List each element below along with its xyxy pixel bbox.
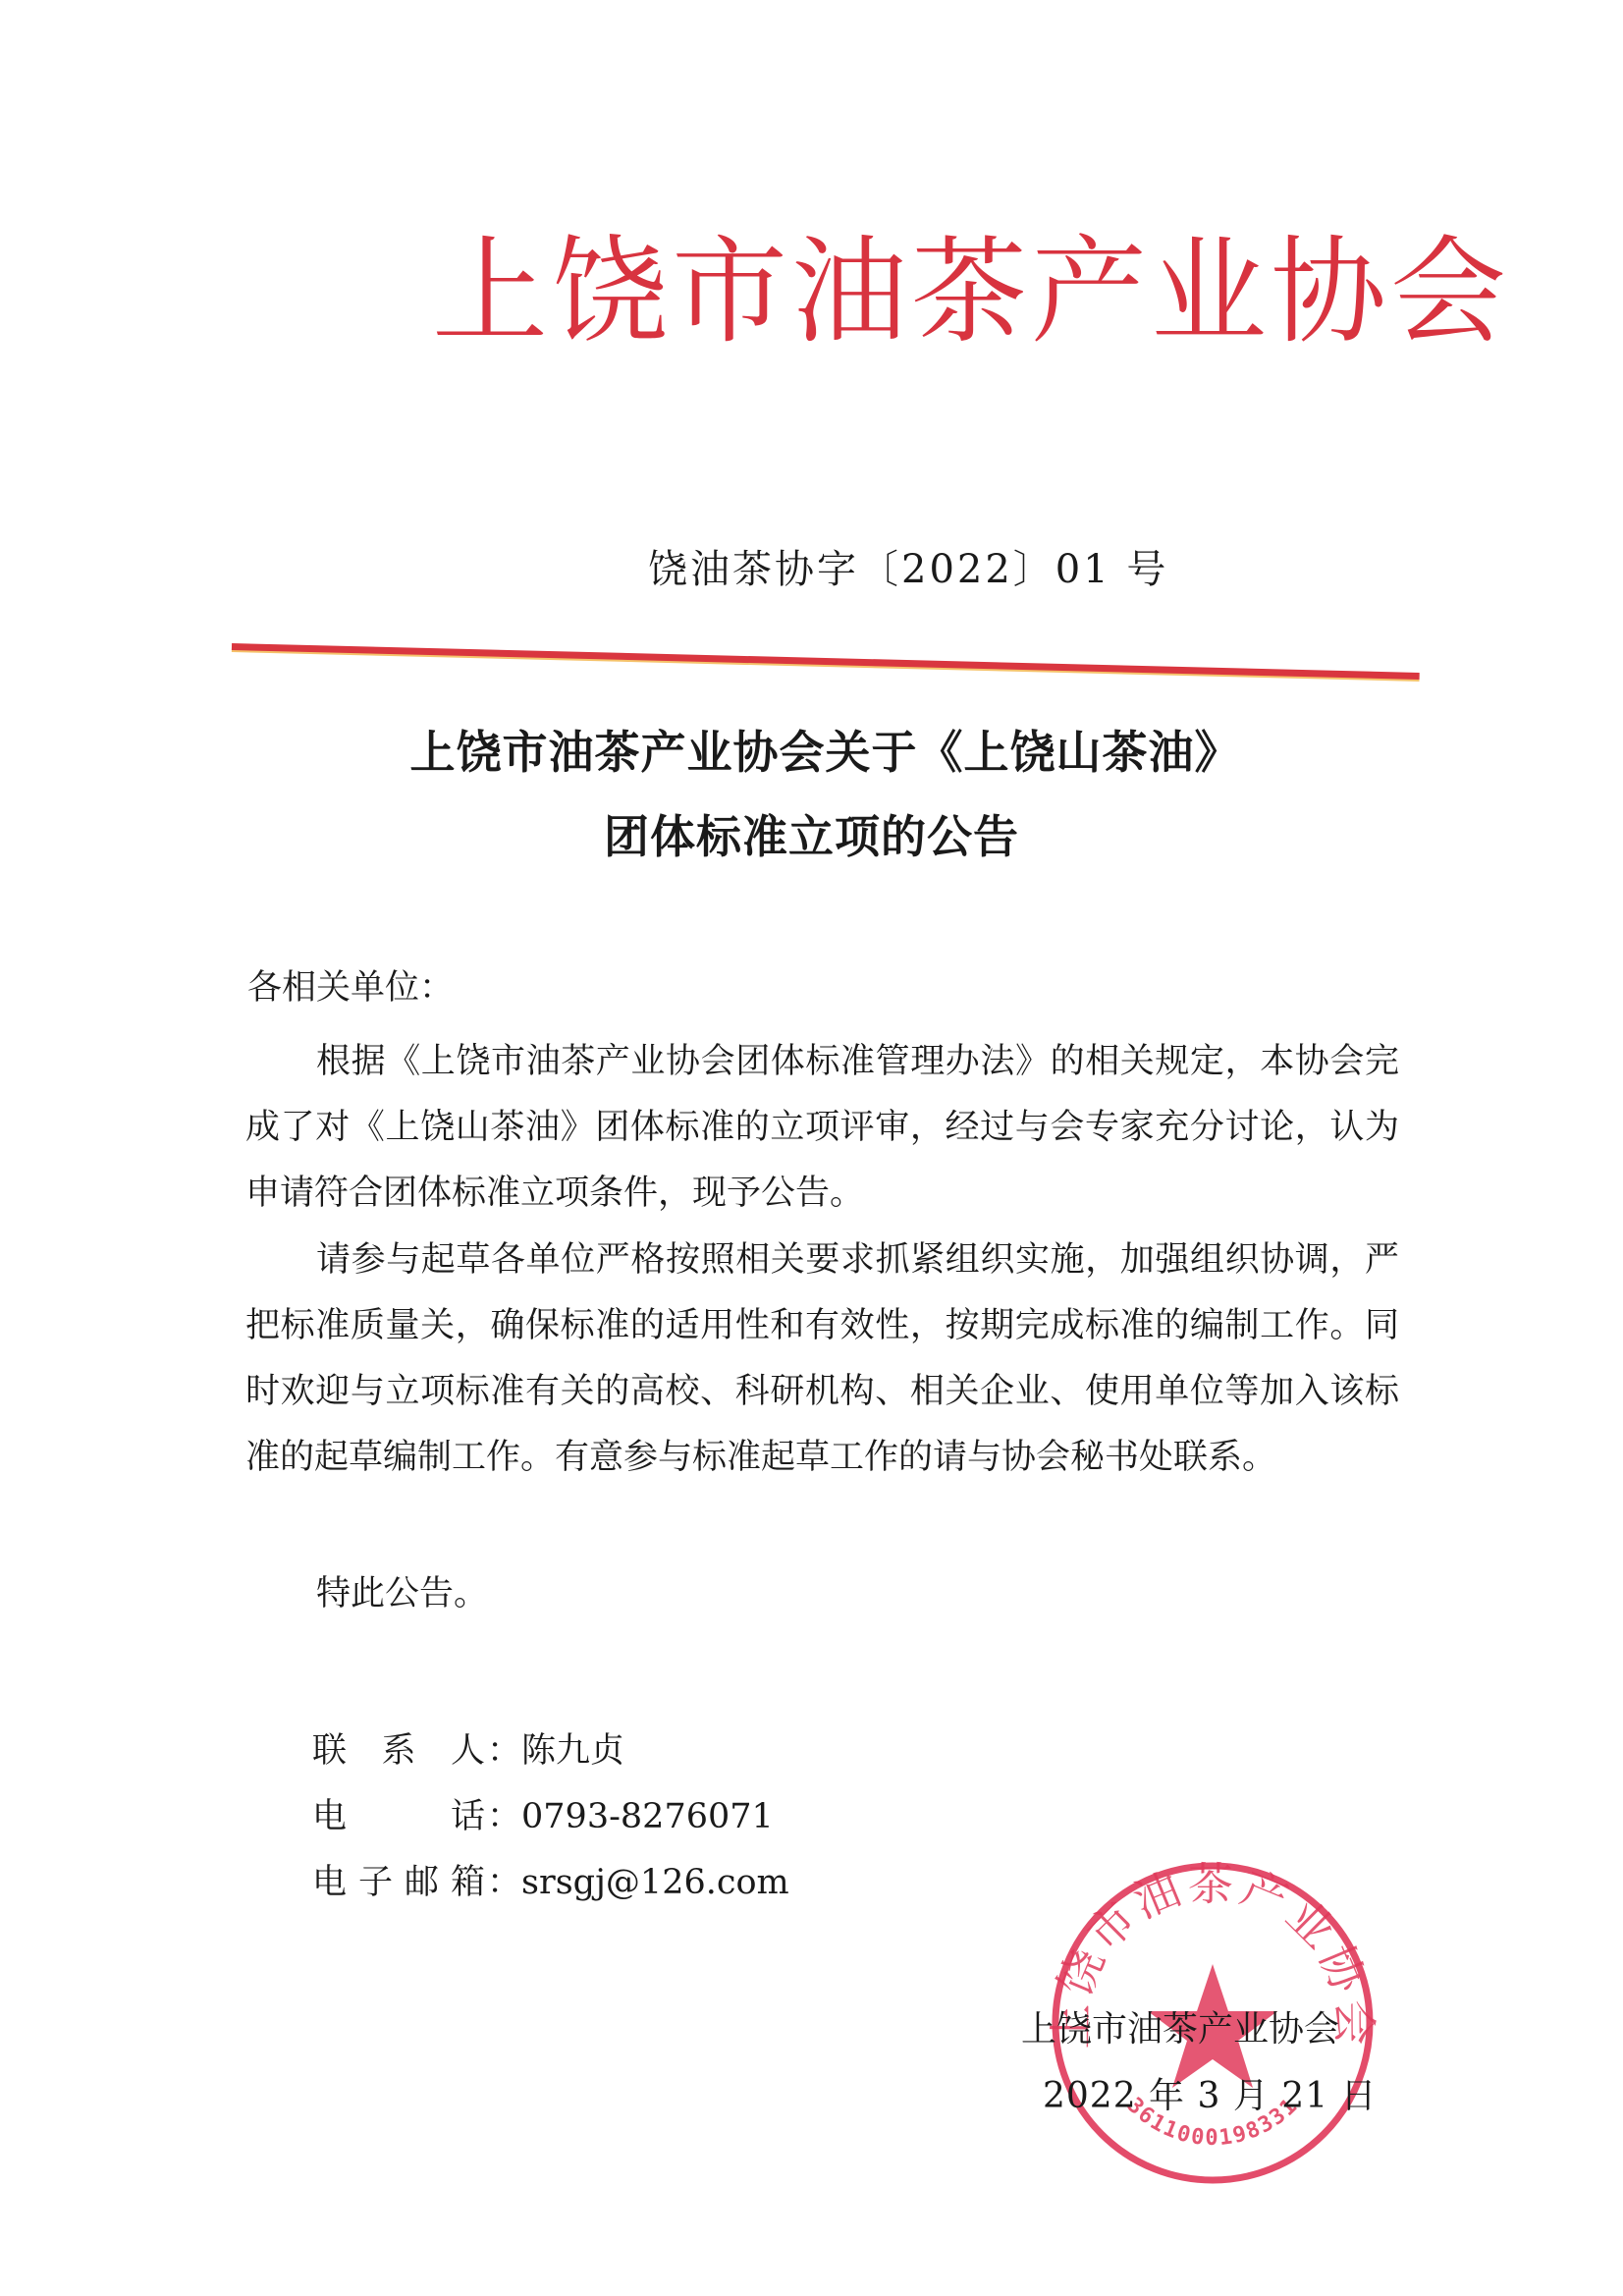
paragraph-text: 特此公告。 [245, 1561, 1399, 1627]
contact-email-row: 电子邮箱：srsgj@126.com [312, 1855, 789, 1904]
contact-phone-row: 电话：0793-8276071 [312, 1789, 774, 1838]
signature-organization: 上饶市油茶产业协会 [1021, 2001, 1339, 2051]
separator: ： [487, 1863, 521, 1902]
contact-phone-value[interactable]: 0793-8276071 [521, 1797, 774, 1836]
contact-email-value[interactable]: srsgj@126.com [521, 1863, 789, 1902]
letterhead-organization: 上饶市油茶产业协会 [432, 234, 1510, 350]
contact-phone-label: 电话 [312, 1789, 487, 1838]
document-number: 饶油茶协字〔2022〕01 号 [648, 538, 1168, 594]
contact-person-row: 联系人：陈九贞 [312, 1723, 624, 1773]
signature-date: 2022 年 3 月 21 日 [1043, 2068, 1378, 2118]
contact-email-label: 电子邮箱 [312, 1855, 487, 1904]
body-paragraph-2: 请参与起草各单位严格按照相关要求抓紧组织实施，加强组织协调，严把标准质量关，确保… [245, 1228, 1399, 1491]
paragraph-text: 请参与起草各单位严格按照相关要求抓紧组织实施，加强组织协调，严把标准质量关，确保… [245, 1228, 1399, 1491]
headline-line-1: 上饶市油茶产业协会关于《上饶山茶油》 [0, 717, 1623, 782]
separator: ： [487, 1731, 521, 1771]
body-paragraph-3: 特此公告。 [245, 1561, 1399, 1627]
salutation: 各相关单位： [247, 960, 454, 1010]
separator: ： [487, 1797, 521, 1836]
contact-person-value: 陈九贞 [521, 1731, 624, 1771]
body-paragraph-1: 根据《上饶市油茶产业协会团体标准管理办法》的相关规定，本协会完成了对《上饶山茶油… [245, 1029, 1399, 1227]
headline-line-2: 团体标准立项的公告 [0, 801, 1623, 866]
contact-person-label: 联系人 [312, 1723, 487, 1773]
paragraph-text: 根据《上饶市油茶产业协会团体标准管理办法》的相关规定，本协会完成了对《上饶山茶油… [245, 1029, 1399, 1227]
letterhead-divider [232, 643, 1420, 680]
